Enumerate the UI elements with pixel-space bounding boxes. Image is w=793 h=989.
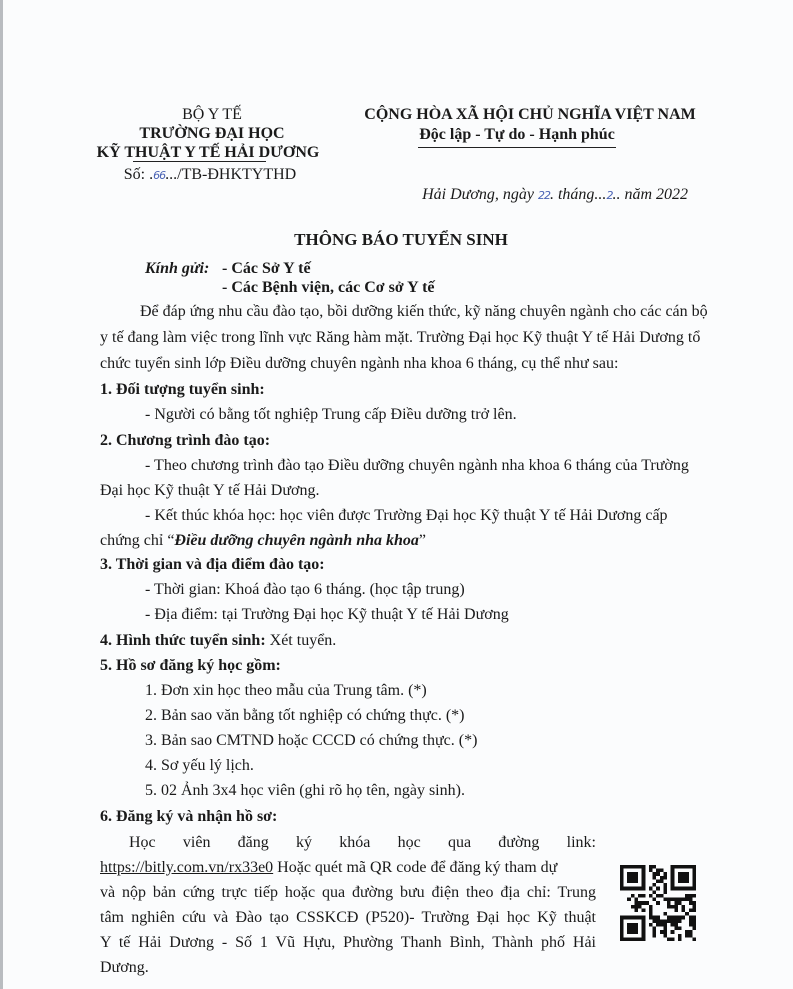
section-4: 4. Hình thức tuyển sinh: Xét tuyển. [100,631,707,651]
recipient-item: - Các Sở Y tế [222,259,311,279]
section-5-heading: 5. Hồ sơ đăng ký học gồm: [100,656,707,676]
date-suffix: .. năm 2022 [612,186,688,203]
section-6-line: và nộp bản cứng trực tiếp hoặc qua đường… [100,883,596,903]
section-6-line: Dương. [100,958,707,978]
section-6-heading: 6. Đăng ký và nhận hồ sơ: [100,807,707,827]
ministry-name: BỘ Y TẾ [182,105,242,125]
section-2-line: - Theo chương trình đào tạo Điều dưỡng c… [145,456,707,476]
intro-line: chức tuyển sinh lớp Điều dưỡng chuyên ng… [100,354,707,374]
section-4-value: Xét tuyển. [266,632,337,649]
document-list-item: 5. 02 Ảnh 3x4 học viên (ghi rõ họ tên, n… [145,781,752,801]
certificate-suffix: ” [419,532,426,549]
section-6-line-rest: Hoặc quét mã QR code để đăng ký tham dự [273,859,557,876]
section-2-heading: 2. Chương trình đào tạo: [100,431,707,451]
section-6-line: tâm nghiên cứu và Đào tạo CSSKCĐ (P520)-… [100,908,596,928]
certificate-name: Điều dưỡng chuyên ngành nha khoa [174,532,418,549]
section-3-line: - Địa điểm: tại Trường Đại học Kỹ thuật … [145,605,752,625]
document-title: THÔNG BÁO TUYỂN SINH [294,229,508,251]
intro-line: Để đáp ứng nhu cầu đào tạo, bồi dưỡng ki… [140,302,707,322]
registration-link[interactable]: https://bitly.com.vn/rx33e0 [100,859,273,876]
section-6-line: Học viên đăng ký khóa học qua đường link… [129,833,596,853]
school-name-line2: KỸ THUẬT Y TẾ HẢI DƯƠNG [97,143,320,163]
section-3-heading: 3. Thời gian và địa điểm đào tạo: [100,555,707,575]
document-list-item: 3. Bản sao CMTND hoặc CCCD có chứng thực… [145,731,752,751]
section-2-line: Đại học Kỹ thuật Y tế Hải Dương. [100,481,707,501]
number-suffix: .../TB-ĐHKTYTHD [165,166,296,183]
document-list-item: 1. Đơn xin học theo mẫu của Trung tâm. (… [145,681,752,701]
certificate-prefix: chứng chỉ “ [100,532,174,549]
document-number: Số: .66.../TB-ĐHKTYTHD [124,165,296,186]
section-3-line: - Thời gian: Khoá đào tạo 6 tháng. (học … [145,580,752,600]
country-name: CỘNG HÒA XÃ HỘI CHỦ NGHĨA VIỆT NAM [364,105,695,125]
recipient-item: - Các Bệnh viện, các Cơ sở Y tế [222,278,435,298]
number-prefix: Số: . [124,166,153,183]
section-2-line: - Kết thúc khóa học: học viên được Trườn… [145,506,707,526]
document-list-item: 4. Sơ yếu lý lịch. [145,756,752,776]
section-6-link-line: https://bitly.com.vn/rx33e0 Hoặc quét mã… [100,858,596,878]
scan-edge [0,0,3,989]
section-4-heading: 4. Hình thức tuyển sinh: [100,632,266,649]
section-1-heading: 1. Đối tượng tuyển sinh: [100,380,707,400]
number-handwritten: 66 [153,169,165,182]
section-1-line: - Người có bằng tốt nghiệp Trung cấp Điề… [145,405,752,425]
date-day-handwritten: 22 [538,189,550,202]
document-list-item: 2. Bản sao văn bằng tốt nghiệp có chứng … [145,706,752,726]
school-name-line1: TRƯỜNG ĐẠI HỌC [139,124,284,144]
motto-underline [418,147,616,148]
intro-line: y tế đang làm việc trong lĩnh vực Răng h… [100,328,707,348]
section-6-line: Y tế Hải Dương - Số 1 Vũ Hựu, Phường Tha… [100,933,596,953]
date-prefix: Hải Dương, ngày [422,186,538,203]
recipients-label: Kính gửi: [145,259,209,279]
section-2-certificate: chứng chỉ “Điều dưỡng chuyên ngành nha k… [100,531,707,551]
header-left-underline [133,161,266,162]
national-motto: Độc lập - Tự do - Hạnh phúc [419,125,615,145]
issue-date: Hải Dương, ngày 22. tháng...2.. năm 2022 [422,185,688,206]
qr-code-icon[interactable] [620,865,696,941]
date-middle: . tháng... [550,186,606,203]
